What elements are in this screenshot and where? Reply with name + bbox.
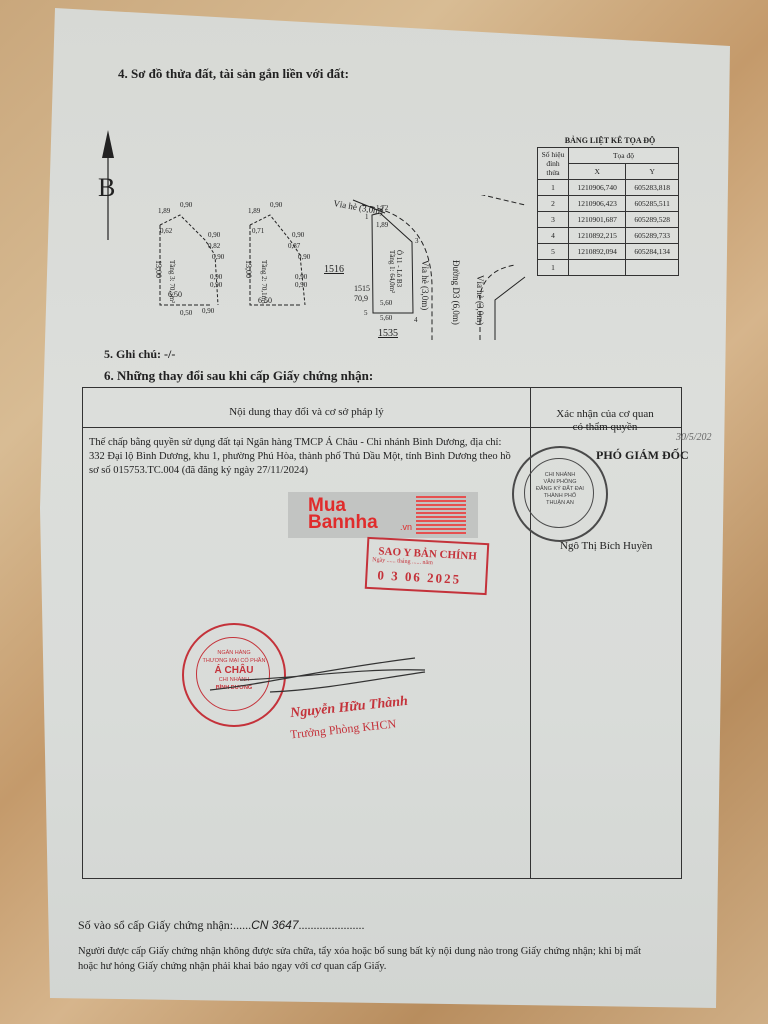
footer-notice: Người được cấp Giấy chứng nhận không đượ… bbox=[78, 944, 658, 974]
col-header-confirm-1: Xác nhận của cơ quan bbox=[530, 408, 680, 420]
svg-text:Vỉa hè (3,0m): Vỉa hè (3,0m) bbox=[475, 275, 485, 325]
table-row: 31210901,687605289,528 bbox=[538, 212, 679, 228]
change-entry: Thế chấp bằng quyền sử dụng đất tại Ngân… bbox=[89, 436, 519, 478]
svg-text:0,90: 0,90 bbox=[210, 281, 223, 289]
coord-table: Số hiệu đỉnh thửaTọa độ XY 11210906,7406… bbox=[537, 147, 679, 276]
table-row: 51210892,094605284,134 bbox=[538, 244, 679, 260]
table-row: 41210892,215605289,733 bbox=[538, 228, 679, 244]
svg-text:0,90: 0,90 bbox=[208, 231, 221, 239]
svg-text:Tầng 1: 64,0m²: Tầng 1: 64,0m² bbox=[388, 250, 396, 293]
section-6-title: 6. Những thay đổi sau khi cấp Giấy chứng… bbox=[104, 368, 373, 384]
svg-text:Vỉa hè (3,0m): Vỉa hè (3,0m) bbox=[420, 260, 430, 310]
svg-text:0,90: 0,90 bbox=[180, 201, 193, 209]
svg-text:0,87: 0,87 bbox=[288, 242, 301, 250]
section-4-title: 4. Sơ đồ thửa đất, tài sản gắn liền với … bbox=[118, 66, 349, 82]
svg-text:0,50: 0,50 bbox=[180, 309, 193, 317]
svg-text:5,60: 5,60 bbox=[380, 314, 393, 322]
confirm-title: PHÓ GIÁM ĐỐC bbox=[596, 448, 689, 463]
register-number-line: Số vào sổ cấp Giấy chứng nhận:......CN 3… bbox=[78, 918, 365, 933]
svg-text:5,60: 5,60 bbox=[380, 299, 393, 307]
svg-text:0,90: 0,90 bbox=[212, 253, 225, 261]
svg-text:0,90: 0,90 bbox=[292, 231, 305, 239]
svg-text:0,62: 0,62 bbox=[160, 227, 173, 235]
svg-text:13,00: 13,00 bbox=[244, 260, 253, 278]
svg-text:0,90: 0,90 bbox=[298, 253, 311, 261]
watermark-logo: Mua Bannha .vn bbox=[288, 492, 478, 538]
north-label: B bbox=[98, 173, 115, 203]
svg-text:4: 4 bbox=[414, 316, 418, 324]
svg-text:1516: 1516 bbox=[324, 264, 344, 275]
agency-stamp: CHI NHÁNH VĂN PHÒNG ĐĂNG KÝ ĐẤT ĐAI THÀN… bbox=[512, 446, 608, 542]
register-value: CN 3647 bbox=[251, 918, 298, 932]
svg-text:Đường D3 (6,0m): Đường D3 (6,0m) bbox=[451, 260, 461, 325]
svg-text:Ô 11 - Lô B3: Ô 11 - Lô B3 bbox=[395, 250, 403, 288]
svg-text:0,71: 0,71 bbox=[252, 227, 265, 235]
plot-diagram: 1,890,90 0,620,90 0,820,90 0,900,90 6,50… bbox=[140, 195, 540, 355]
svg-text:0,90: 0,90 bbox=[202, 307, 215, 315]
table-row: 21210906,423605285,511 bbox=[538, 196, 679, 212]
svg-text:0,82: 0,82 bbox=[208, 242, 221, 250]
svg-text:Tầng 2: 70,1m²: Tầng 2: 70,1m² bbox=[260, 260, 268, 303]
svg-text:1515: 1515 bbox=[354, 284, 370, 293]
register-label: Số vào sổ cấp Giấy chứng nhận:...... bbox=[78, 918, 251, 932]
table-row: 1 bbox=[538, 260, 679, 276]
svg-text:0,90: 0,90 bbox=[210, 273, 223, 281]
svg-text:Vỉa hè (3,0m): Vỉa hè (3,0m) bbox=[333, 198, 384, 217]
bank-signature bbox=[200, 650, 430, 700]
svg-text:13,00: 13,00 bbox=[154, 260, 163, 278]
col-header-confirm-2: có thẩm quyền bbox=[530, 421, 680, 433]
copy-stamp: SAO Y BẢN CHÍNH Ngày ...... tháng ......… bbox=[365, 537, 490, 595]
col-header-content: Nội dung thay đổi và cơ sở pháp lý bbox=[83, 406, 530, 418]
svg-text:0,90: 0,90 bbox=[295, 281, 308, 289]
svg-text:1,89: 1,89 bbox=[248, 207, 261, 215]
svg-text:3: 3 bbox=[415, 237, 419, 245]
section-5-title: 5. Ghi chú: -/- bbox=[104, 347, 175, 362]
svg-text:1,89: 1,89 bbox=[376, 221, 389, 229]
table-row: 11210906,740605283,818 bbox=[538, 180, 679, 196]
svg-text:1535: 1535 bbox=[378, 328, 398, 339]
svg-text:70,9: 70,9 bbox=[354, 294, 368, 303]
confirm-date: 30/5/202 bbox=[676, 432, 712, 443]
confirm-signer: Ngô Thị Bích Huyền bbox=[560, 540, 652, 552]
svg-text:1,89: 1,89 bbox=[158, 207, 171, 215]
coord-table-title: BẢNG LIỆT KÊ TỌA ĐỘ bbox=[535, 136, 685, 145]
svg-text:Tầng 3: 70,5m²: Tầng 3: 70,5m² bbox=[168, 260, 176, 303]
svg-text:5: 5 bbox=[364, 309, 368, 317]
svg-text:0,90: 0,90 bbox=[295, 273, 308, 281]
svg-text:0,90: 0,90 bbox=[270, 201, 283, 209]
